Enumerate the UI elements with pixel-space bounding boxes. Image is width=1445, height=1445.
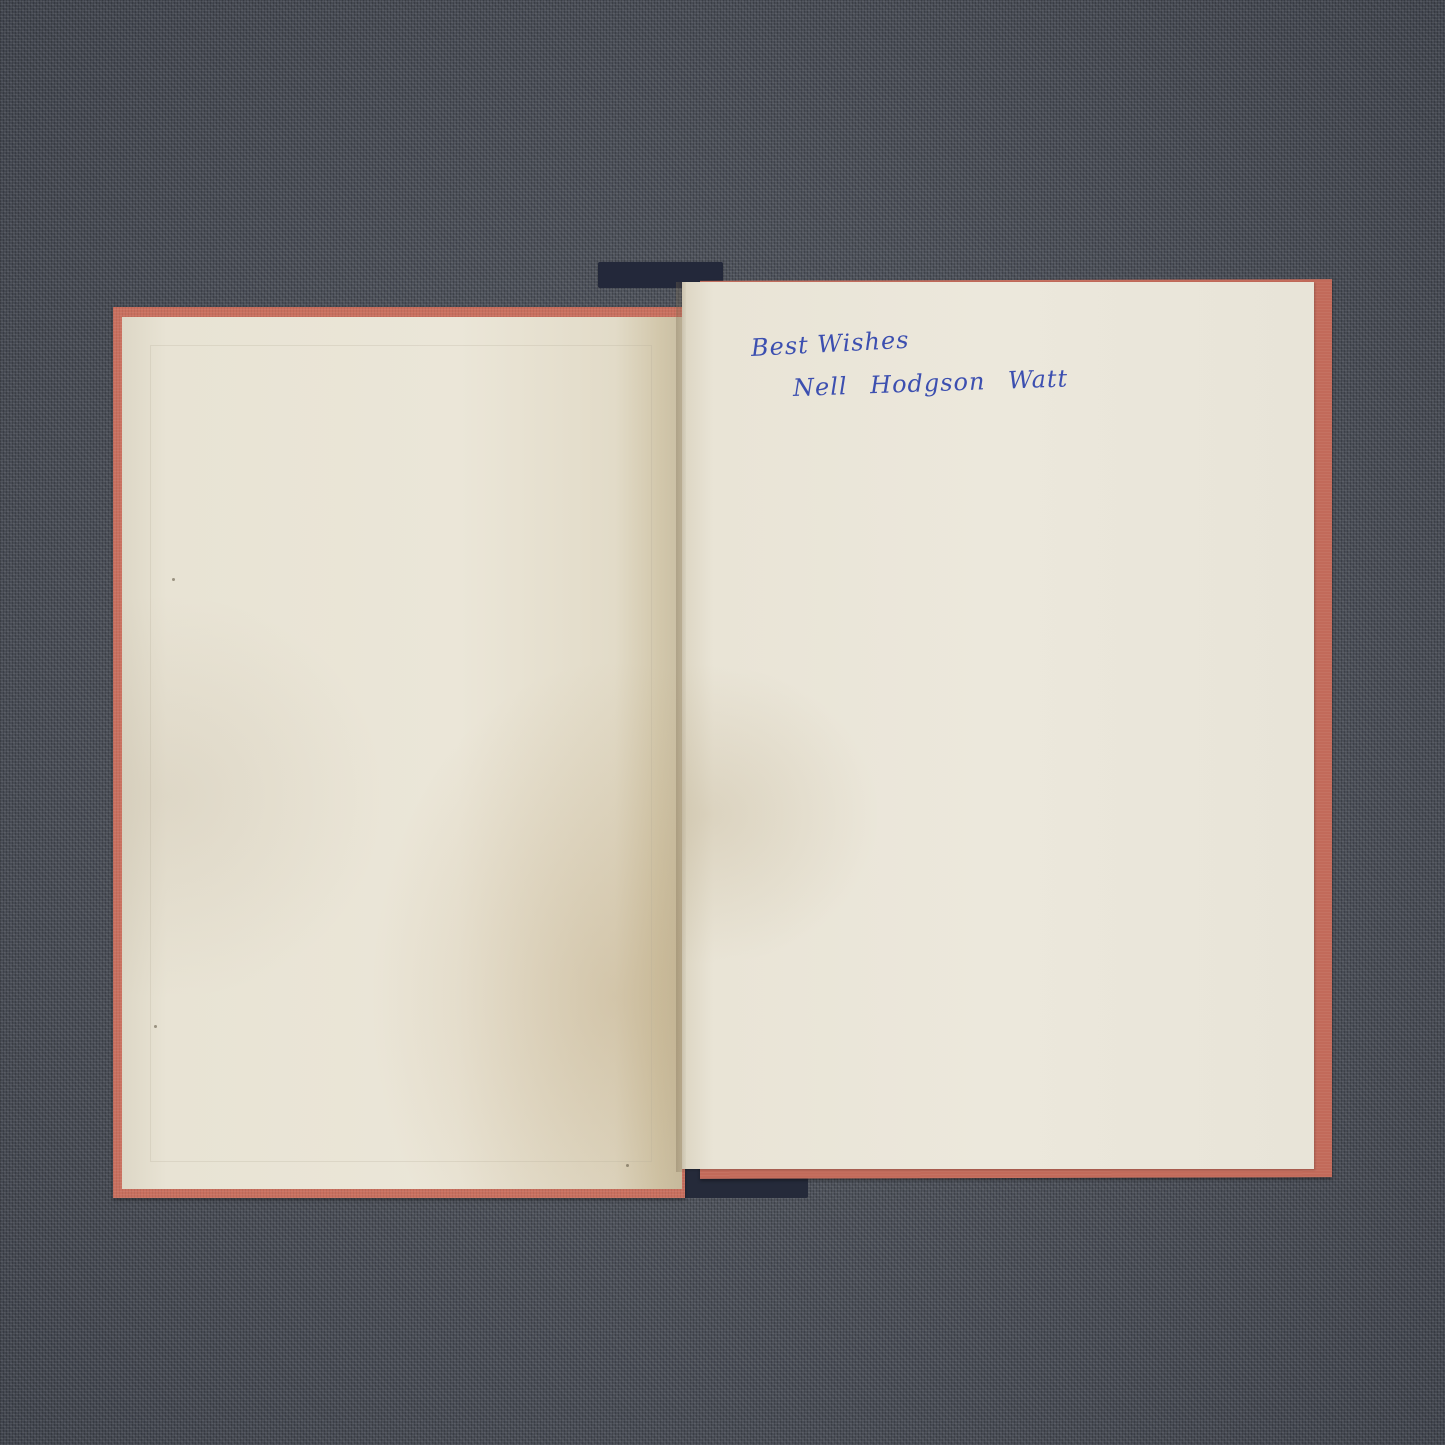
book-gutter-shadow [676, 282, 686, 1172]
right-endpaper-page [682, 282, 1314, 1169]
page-speck [154, 1025, 157, 1028]
left-page-inner-frame [150, 345, 652, 1162]
page-speck [172, 578, 175, 581]
page-speck [626, 1164, 629, 1167]
